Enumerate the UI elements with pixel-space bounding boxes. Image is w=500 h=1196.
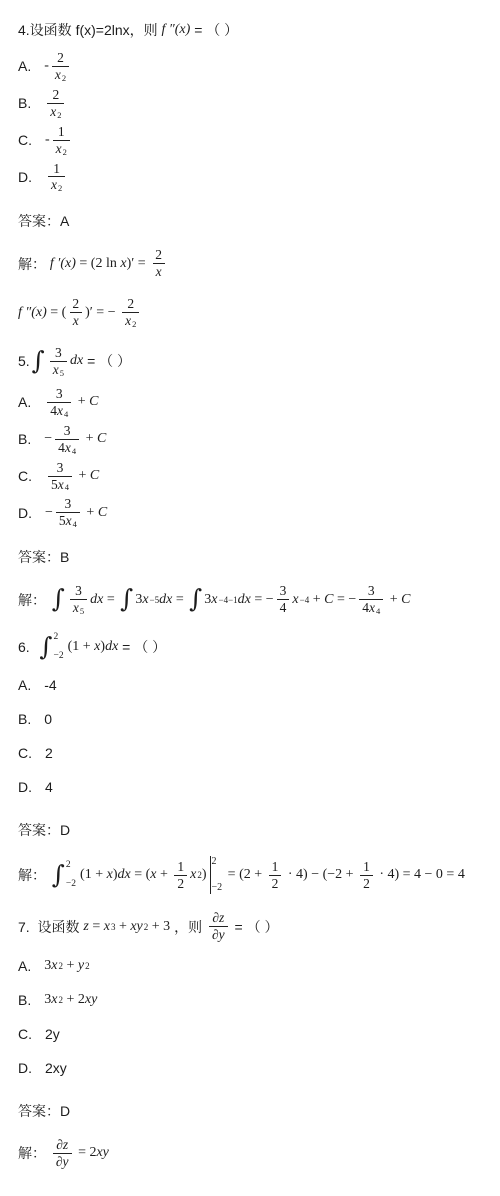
option-formula: 2y	[45, 1026, 60, 1042]
option-label: A.	[18, 677, 31, 693]
question-6-option-c: C. 2	[18, 738, 494, 768]
question-4-solution-line-2: f ″(x) = (2x)′ = − 2x2	[18, 296, 494, 329]
integral-sign: ∫	[120, 587, 133, 612]
question-7-stem: 7. 设函数 z = x3 + xy2 + 3 ，则 ∂z∂y = （ ）	[18, 910, 494, 943]
fraction: 35x4	[48, 460, 72, 493]
question-4-option-c: C. -1x2	[18, 124, 494, 157]
question-6-answer: 答案：D	[18, 820, 494, 840]
question-7-solution-line-1: 解： ∂z∂y = 2xy	[18, 1137, 494, 1170]
fraction: ∂z∂y	[209, 910, 228, 943]
fraction: 34x4	[47, 386, 71, 419]
question-5-option-b: B. −34x4 + C	[18, 423, 494, 456]
option-formula: 3x2 + 2xy	[44, 992, 97, 1008]
question-6: 6. ∫2−2(1 + x)dx = （ ） A. -4 B. 0 C. 2 D…	[18, 632, 494, 894]
option-label: A.	[18, 958, 31, 974]
fraction: 1x2	[53, 124, 70, 157]
option-formula: 2	[45, 745, 53, 761]
question-5-solution-line-1: 解： ∫3x5dx = ∫3x−5dx = ∫3x−4−1dx = −34x−4…	[18, 583, 494, 616]
option-label: B.	[18, 711, 31, 727]
option-label: B.	[18, 992, 31, 1008]
question-6-stem: 6. ∫2−2(1 + x)dx = （ ）	[18, 632, 494, 662]
option-formula: 0	[44, 711, 52, 727]
fraction: 2x2	[47, 87, 64, 120]
fraction: ∂z∂y	[53, 1137, 72, 1170]
exam-document: 4.设函数 f(x)=2lnx，则 f ″(x) = （ ） A. -2x2 B…	[18, 18, 494, 1170]
option-formula: 35x4 + C	[45, 460, 99, 493]
fraction: 34x4	[55, 423, 79, 456]
option-label: D.	[18, 779, 32, 795]
evaluation-bar: 2−2	[210, 856, 225, 894]
option-formula: -2x2	[44, 50, 72, 83]
option-label: B.	[18, 95, 31, 111]
fraction: 12	[174, 859, 187, 892]
option-label: C.	[18, 745, 32, 761]
option-formula: -4	[44, 677, 56, 693]
question-5-answer: 答案：B	[18, 547, 494, 567]
fraction: 34	[277, 583, 290, 616]
question-7-option-d: D. 2xy	[18, 1053, 494, 1083]
option-label: A.	[18, 58, 31, 74]
question-7-option-b: B. 3x2 + 2xy	[18, 985, 494, 1015]
option-label: C.	[18, 468, 32, 484]
question-4-stem: 4.设函数 f(x)=2lnx，则 f ″(x) = （ ）	[18, 18, 494, 42]
question-7-answer: 答案：D	[18, 1101, 494, 1121]
option-formula: 1x2	[45, 161, 68, 194]
question-5-option-c: C. 35x4 + C	[18, 460, 494, 493]
question-4-solution-line-1: 解： f ′(x) = (2 ln x)′ = 2x	[18, 247, 494, 280]
question-6-solution-line-1: 解： ∫2−2(1 + x)dx = (x + 12x2)2−2 = (2 + …	[18, 856, 494, 894]
fraction: 3x5	[70, 583, 87, 616]
question-4-answer: 答案：A	[18, 211, 494, 231]
question-6-option-a: A. -4	[18, 670, 494, 700]
question-7: 7. 设函数 z = x3 + xy2 + 3 ，则 ∂z∂y = （ ） A.…	[18, 910, 494, 1170]
option-formula: 4	[45, 779, 53, 795]
option-formula: 2x2	[44, 87, 67, 120]
question-4-option-b: B. 2x2	[18, 87, 494, 120]
fraction: 1x2	[48, 161, 65, 194]
option-formula: −35x4 + C	[45, 496, 107, 529]
option-label: B.	[18, 431, 31, 447]
fraction: 34x4	[359, 583, 383, 616]
option-label: D.	[18, 1060, 32, 1076]
option-formula: 2xy	[45, 1060, 67, 1076]
option-label: D.	[18, 505, 32, 521]
fraction: 12	[269, 859, 282, 892]
option-label: C.	[18, 1026, 32, 1042]
question-5-stem: 5.∫3x5dx = （ ）	[18, 345, 494, 378]
option-label: D.	[18, 169, 32, 185]
question-7-option-a: A. 3x2 + y2	[18, 951, 494, 981]
integral-sign: ∫	[32, 349, 45, 374]
fraction: 2x2	[122, 296, 139, 329]
question-5: 5.∫3x5dx = （ ） A. 34x4 + C B. −34x4 + C …	[18, 345, 494, 616]
question-4: 4.设函数 f(x)=2lnx，则 f ″(x) = （ ） A. -2x2 B…	[18, 18, 494, 329]
question-4-option-d: D. 1x2	[18, 161, 494, 194]
fraction: 2x2	[52, 50, 69, 83]
fraction: 3x5	[50, 345, 67, 378]
fraction: 35x4	[56, 496, 80, 529]
option-formula: 3x2 + y2	[44, 958, 89, 974]
question-5-option-d: D. −35x4 + C	[18, 496, 494, 529]
question-6-option-d: D. 4	[18, 772, 494, 802]
question-7-option-c: C. 2y	[18, 1019, 494, 1049]
integral-sign: ∫	[189, 587, 202, 612]
fraction: 2x	[152, 247, 165, 280]
option-formula: 34x4 + C	[44, 386, 98, 419]
question-4-option-a: A. -2x2	[18, 50, 494, 83]
integral-sign: ∫2−2	[39, 632, 65, 662]
integral-sign: ∫	[52, 587, 65, 612]
fraction: 12	[360, 859, 373, 892]
option-label: C.	[18, 132, 32, 148]
option-formula: -1x2	[45, 124, 73, 157]
integral-sign: ∫2−2	[52, 860, 78, 890]
option-formula: −34x4 + C	[44, 423, 106, 456]
fraction: 2x	[69, 296, 82, 329]
option-label: A.	[18, 394, 31, 410]
question-6-option-b: B. 0	[18, 704, 494, 734]
question-5-option-a: A. 34x4 + C	[18, 386, 494, 419]
